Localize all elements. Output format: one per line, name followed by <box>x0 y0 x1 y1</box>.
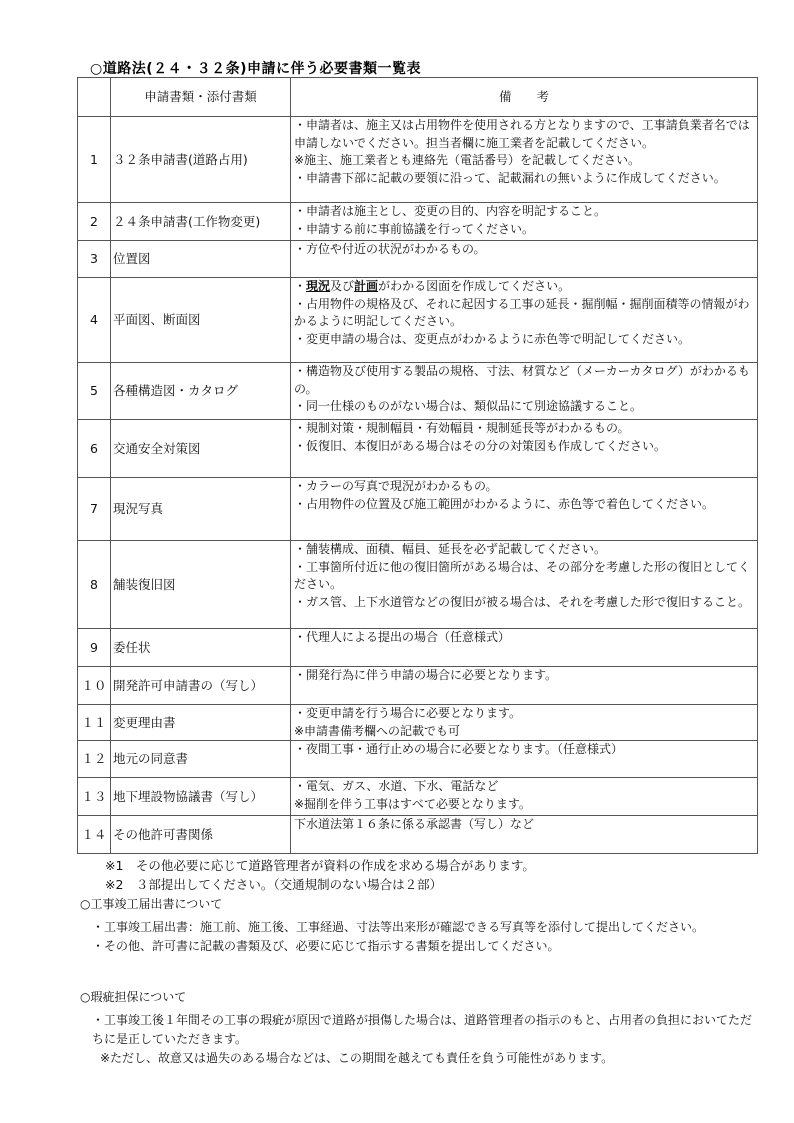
warranty-line-1: ・工事竣工後１年間その工事の瑕疵が原因で道路が損傷した場合は、道路管理者の指示の… <box>80 1011 760 1049</box>
emphasis-text: 現況 <box>306 279 330 293</box>
remark-line: ※掘削を伴う工事はすべて必要となります。 <box>294 796 755 814</box>
table-row: 5各種構造図・カタログ・構造物及び使用する製品の規格、寸法、材質など（メーカーカ… <box>78 363 758 420</box>
table-row: 2２４条申請書(工作物変更)・申請者は施主とし、変更の目的、内容を明記すること。… <box>78 203 758 241</box>
row-number: １１ <box>78 705 111 741</box>
document-name: 交通安全対策図 <box>111 420 291 478</box>
header-remarks: 備 考 <box>291 78 758 117</box>
row-number: 3 <box>78 241 111 278</box>
remark-line: ・ガス管、上下水道管などの復旧が被る場合は、それを考慮した形で復旧すること。 <box>294 594 755 612</box>
footnotes: ※1 その他必要に応じて道路管理者が資料の作成を求める場合があります。 ※2 ３… <box>105 856 535 894</box>
header-document-name: 申請書類・添付書類 <box>111 78 291 117</box>
row-number: １２ <box>78 741 111 778</box>
remark-text: ・ <box>294 279 306 293</box>
table-row: １３地下埋設物協議書（写し）・電気、ガス、水道、下水、電話など※掘削を伴う工事は… <box>78 778 758 816</box>
row-number: 8 <box>78 541 111 629</box>
remark-line: 下水道法第１６条に係る承認書（写し）など <box>294 816 755 834</box>
remark-line: ・方位や付近の状況がわかるもの。 <box>294 241 755 259</box>
remarks-cell: ・変更申請を行う場合に必要となります。※申請書備考欄への記載でも可 <box>291 705 758 741</box>
remark-line: ※施主、施工業者とも連絡先（電話番号）を記載してください。 <box>294 152 755 170</box>
document-name: 平面図、断面図 <box>111 278 291 363</box>
header-number <box>78 78 111 117</box>
remarks-cell: ・規制対策・規制幅員・有効幅員・規制延長等がわかるもの。・仮復旧、本復旧がある場… <box>291 420 758 478</box>
required-documents-table: 申請書類・添付書類 備 考 1３２条申請書(道路占用)・申請者は、施主又は占用物… <box>77 77 758 854</box>
document-name: 現況写真 <box>111 478 291 541</box>
table-row: 9委任状・代理人による提出の場合（任意様式） <box>78 629 758 667</box>
document-name: 開発許可申請書の（写し） <box>111 667 291 705</box>
document-name: 各種構造図・カタログ <box>111 363 291 420</box>
row-number: 5 <box>78 363 111 420</box>
remarks-cell: ・方位や付近の状況がわかるもの。 <box>291 241 758 278</box>
document-name: 位置図 <box>111 241 291 278</box>
completion-line-1: ・工事竣工届出書：施工前、施工後、工事経過、寸法等出来形が確認できる写真等を添付… <box>80 918 760 937</box>
document-name: 変更理由書 <box>111 705 291 741</box>
remark-line: ・現況及び計画がわかる図面を作成してください。 <box>294 278 755 296</box>
remark-line: ・申請者は、施主又は占用物件を使用される方となりますので、工事請負業者名では申請… <box>294 117 755 152</box>
remarks-cell: ・夜間工事・通行止めの場合に必要となります。（任意様式） <box>291 741 758 778</box>
remark-line: ・同一仕様のものがない場合は、類似品にて別途協議すること。 <box>294 398 755 416</box>
table-row: １１変更理由書・変更申請を行う場合に必要となります。※申請書備考欄への記載でも可 <box>78 705 758 741</box>
table-row: 1３２条申請書(道路占用)・申請者は、施主又は占用物件を使用される方となりますの… <box>78 117 758 203</box>
table-row: 8舗装復旧図・舗装構成、面積、幅員、延長を必ず記載してください。・工事箇所付近に… <box>78 541 758 629</box>
remark-line: ・電気、ガス、水道、下水、電話など <box>294 778 755 796</box>
table-row: １２地元の同意書・夜間工事・通行止めの場合に必要となります。（任意様式） <box>78 741 758 778</box>
remarks-cell: ・舗装構成、面積、幅員、延長を必ず記載してください。・工事箇所付近に他の復旧箇所… <box>291 541 758 629</box>
remark-line: ・変更申請を行う場合に必要となります。 <box>294 705 755 723</box>
emphasis-text: 計画 <box>354 279 378 293</box>
footnote-1: ※1 その他必要に応じて道路管理者が資料の作成を求める場合があります。 <box>105 856 535 875</box>
row-number: １３ <box>78 778 111 816</box>
table-row: 4平面図、断面図・現況及び計画がわかる図面を作成してください。・占用物件の規格及… <box>78 278 758 363</box>
remark-line: ・変更申請の場合は、変更点がわかるように赤色等で明記してください。 <box>294 331 755 349</box>
remark-line: ・占用物件の規格及び、それに起因する工事の延長・掘削幅・掘削面積等の情報がわかる… <box>294 296 755 331</box>
document-name: 舗装復旧図 <box>111 541 291 629</box>
document-title: ○道路法(２４・３２条)申請に伴う必要書類一覧表 <box>90 58 421 78</box>
remarks-cell: ・申請者は施主とし、変更の目的、内容を明記すること。・申請する前に事前協議を行っ… <box>291 203 758 241</box>
completion-line-2: ・その他、許可書に記載の書類及び、必要に応じて指示する書類を提出してください。 <box>80 937 760 956</box>
remark-line: ・申請者は施主とし、変更の目的、内容を明記すること。 <box>294 203 755 221</box>
table-row: 6交通安全対策図・規制対策・規制幅員・有効幅員・規制延長等がわかるもの。・仮復旧… <box>78 420 758 478</box>
remark-line: ・開発行為に伴う申請の場合に必要となります。 <box>294 667 755 685</box>
remark-line: ※申請書備考欄への記載でも可 <box>294 723 755 741</box>
row-number: 2 <box>78 203 111 241</box>
document-name: 地元の同意書 <box>111 741 291 778</box>
warranty-section: ○瑕疵担保について ・工事竣工後１年間その工事の瑕疵が原因で道路が損傷した場合は… <box>80 988 760 1068</box>
warranty-note: ※ただし、故意又は過失のある場合などは、この期間を越えても責任を負う可能性があり… <box>80 1049 760 1068</box>
row-number: 4 <box>78 278 111 363</box>
remarks-cell: ・開発行為に伴う申請の場合に必要となります。 <box>291 667 758 705</box>
completion-section: ○工事竣工届出書について ・工事竣工届出書：施工前、施工後、工事経過、寸法等出来… <box>80 895 760 956</box>
table-header-row: 申請書類・添付書類 備 考 <box>78 78 758 117</box>
document-name: ３２条申請書(道路占用) <box>111 117 291 203</box>
row-number: 9 <box>78 629 111 667</box>
document-name: ２４条申請書(工作物変更) <box>111 203 291 241</box>
table-row: 7現況写真・カラーの写真で現況がわかるもの。・占用物件の位置及び施工範囲がわかる… <box>78 478 758 541</box>
row-number: 7 <box>78 478 111 541</box>
row-number: １４ <box>78 816 111 854</box>
row-number: 6 <box>78 420 111 478</box>
remarks-cell: ・代理人による提出の場合（任意様式） <box>291 629 758 667</box>
document-name: 地下埋設物協議書（写し） <box>111 778 291 816</box>
remark-line: ・申請する前に事前協議を行ってください。 <box>294 221 755 239</box>
remark-line: ・規制対策・規制幅員・有効幅員・規制延長等がわかるもの。 <box>294 420 755 438</box>
remark-line: ・工事箇所付近に他の復旧箇所がある場合は、その部分を考慮した形の復旧としてくださ… <box>294 559 755 594</box>
remark-line: ・夜間工事・通行止めの場合に必要となります。（任意様式） <box>294 741 755 759</box>
document-name: その他許可書関係 <box>111 816 291 854</box>
remark-line: ・申請書下部に記載の要領に沿って、記載漏れの無いように作成してください。 <box>294 170 755 188</box>
table-row: １４その他許可書関係下水道法第１６条に係る承認書（写し）など <box>78 816 758 854</box>
remarks-cell: ・申請者は、施主又は占用物件を使用される方となりますので、工事請負業者名では申請… <box>291 117 758 203</box>
warranty-heading: ○瑕疵担保について <box>80 988 760 1007</box>
remarks-cell: ・カラーの写真で現況がわかるもの。・占用物件の位置及び施工範囲がわかるように、赤… <box>291 478 758 541</box>
remark-line: ・代理人による提出の場合（任意様式） <box>294 629 755 647</box>
remark-line: ・占用物件の位置及び施工範囲がわかるように、赤色等で着色してください。 <box>294 496 755 514</box>
remark-text: がわかる図面を作成してください。 <box>378 279 570 293</box>
remarks-cell: ・構造物及び使用する製品の規格、寸法、材質など（メーカーカタログ）がわかるもの。… <box>291 363 758 420</box>
remark-line: ・カラーの写真で現況がわかるもの。 <box>294 478 755 496</box>
table-row: １０開発許可申請書の（写し）・開発行為に伴う申請の場合に必要となります。 <box>78 667 758 705</box>
remarks-cell: ・現況及び計画がわかる図面を作成してください。・占用物件の規格及び、それに起因す… <box>291 278 758 363</box>
remark-line: ・仮復旧、本復旧がある場合はその分の対策図も作成してください。 <box>294 438 755 456</box>
completion-heading: ○工事竣工届出書について <box>80 895 760 914</box>
row-number: 1 <box>78 117 111 203</box>
footnote-2: ※2 ３部提出してください。（交通規制のない場合は２部） <box>105 875 535 894</box>
table-row: 3位置図・方位や付近の状況がわかるもの。 <box>78 241 758 278</box>
remarks-cell: 下水道法第１６条に係る承認書（写し）など <box>291 816 758 854</box>
remark-text: 及び <box>330 279 354 293</box>
remarks-cell: ・電気、ガス、水道、下水、電話など※掘削を伴う工事はすべて必要となります。 <box>291 778 758 816</box>
remark-line: ・舗装構成、面積、幅員、延長を必ず記載してください。 <box>294 541 755 559</box>
row-number: １０ <box>78 667 111 705</box>
remark-line: ・構造物及び使用する製品の規格、寸法、材質など（メーカーカタログ）がわかるもの。 <box>294 363 755 398</box>
document-name: 委任状 <box>111 629 291 667</box>
